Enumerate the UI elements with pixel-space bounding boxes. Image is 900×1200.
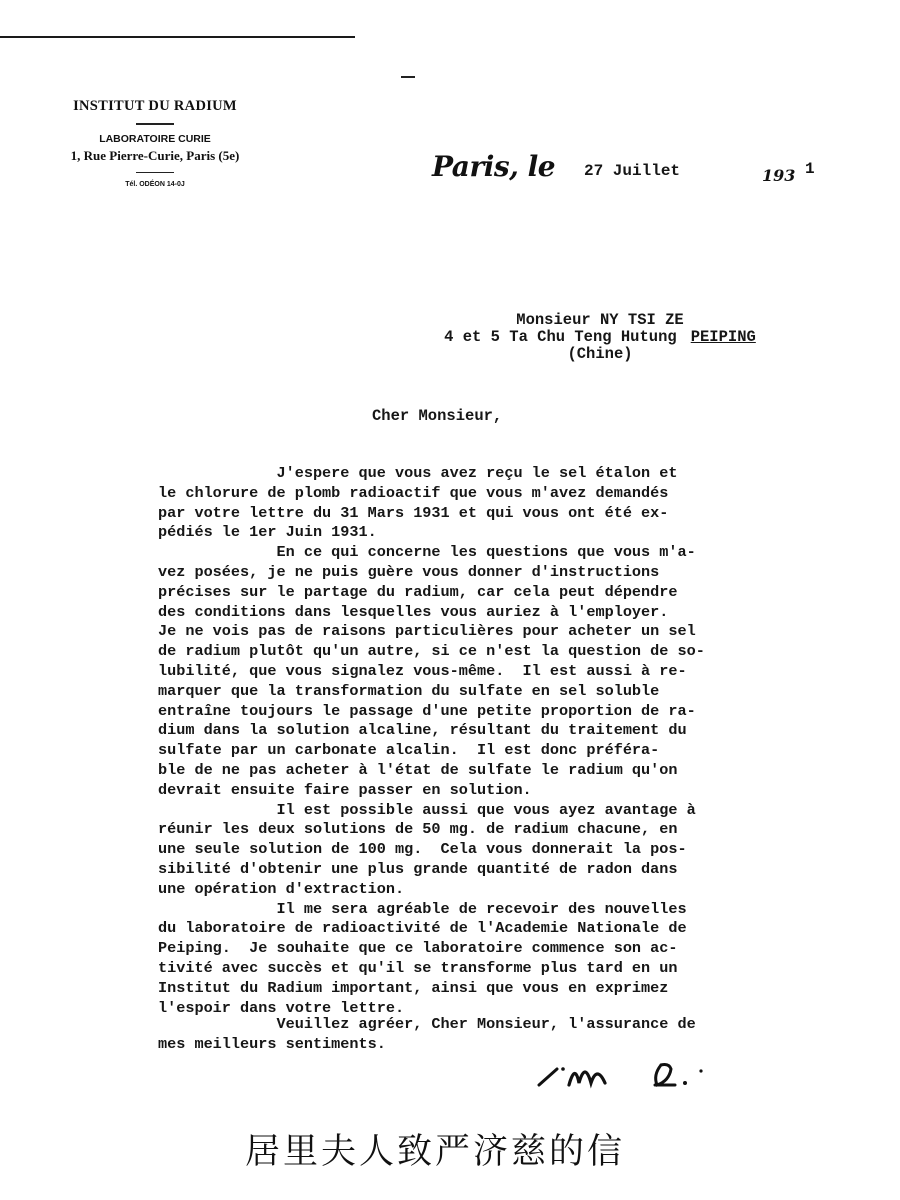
recipient-block: Monsieur NY TSI ZE 4 et 5 Ta Chu Teng Hu… bbox=[380, 312, 820, 363]
letterhead: INSTITUT DU RADIUM LABORATOIRE CURIE 1, … bbox=[40, 98, 270, 188]
body-line: entraîne toujours le passage d'une petit… bbox=[158, 702, 858, 722]
date-year-typed: 1 bbox=[805, 160, 815, 178]
recipient-address-line: 4 et 5 Ta Chu Teng HutungPEIPING bbox=[380, 329, 820, 346]
body-line: En ce qui concerne les questions que vou… bbox=[158, 543, 858, 563]
body-line: de radium plutôt qu'un autre, si ce n'es… bbox=[158, 642, 858, 662]
body-line: sibilité d'obtenir une plus grande quant… bbox=[158, 860, 858, 880]
date-place: Paris, le bbox=[432, 150, 555, 183]
closing: Veuillez agréer, Cher Monsieur, l'assura… bbox=[158, 1015, 858, 1055]
letterhead-divider-2 bbox=[136, 172, 174, 174]
body-line: J'espere que vous avez reçu le sel étalo… bbox=[158, 464, 858, 484]
recipient-country: (Chine) bbox=[380, 346, 820, 363]
recipient-city: PEIPING bbox=[691, 328, 756, 346]
body-line: une opération d'extraction. bbox=[158, 880, 858, 900]
letterhead-telephone: Tél. ODÉON 14-0J bbox=[40, 181, 270, 188]
body-line: Peiping. Je souhaite que ce laboratoire … bbox=[158, 939, 858, 959]
body-line: une seule solution de 100 mg. Cela vous … bbox=[158, 840, 858, 860]
closing-line: mes meilleurs sentiments. bbox=[158, 1035, 858, 1055]
body-line: vez posées, je ne puis guère vous donner… bbox=[158, 563, 858, 583]
salutation: Cher Monsieur, bbox=[372, 407, 502, 425]
letterhead-address: 1, Rue Pierre-Curie, Paris (5e) bbox=[40, 148, 270, 164]
body-line: Institut du Radium important, ainsi que … bbox=[158, 979, 858, 999]
body-line: dium dans la solution alcaline, résultan… bbox=[158, 721, 858, 741]
body-line: par votre lettre du 31 Mars 1931 et qui … bbox=[158, 504, 858, 524]
body-line: devrait ensuite faire passer en solution… bbox=[158, 781, 858, 801]
body-line: Je ne vois pas de raisons particulières … bbox=[158, 622, 858, 642]
laboratory-name: LABORATOIRE CURIE bbox=[40, 133, 270, 145]
recipient-name: Monsieur NY TSI ZE bbox=[380, 312, 820, 329]
body-line: Il me sera agréable de recevoir des nouv… bbox=[158, 900, 858, 920]
body-line: sulfate par un carbonate alcalin. Il est… bbox=[158, 741, 858, 761]
recipient-street: 4 et 5 Ta Chu Teng Hutung bbox=[444, 328, 677, 346]
body-line: précises sur le partage du radium, car c… bbox=[158, 583, 858, 603]
date-year-printed: 193 bbox=[762, 166, 795, 185]
signature bbox=[535, 1055, 755, 1089]
body-line: tivité avec succès et qu'il se transform… bbox=[158, 959, 858, 979]
letterhead-divider bbox=[136, 123, 174, 125]
date-line: Paris, le 27 Juillet 193 1 bbox=[432, 150, 872, 190]
body-line: marquer que la transformation du sulfate… bbox=[158, 682, 858, 702]
body-line: du laboratoire de radioactivité de l'Aca… bbox=[158, 919, 858, 939]
institute-name: INSTITUT DU RADIUM bbox=[40, 98, 270, 115]
dash-mark bbox=[401, 76, 415, 78]
body-line: des conditions dans lesquelles vous auri… bbox=[158, 603, 858, 623]
body-line: réunir les deux solutions de 50 mg. de r… bbox=[158, 820, 858, 840]
body-line: lubilité, que vous signalez vous-même. I… bbox=[158, 662, 858, 682]
body-line: ble de ne pas acheter à l'état de sulfat… bbox=[158, 761, 858, 781]
letter-body: J'espere que vous avez reçu le sel étalo… bbox=[158, 464, 858, 1018]
closing-line: Veuillez agréer, Cher Monsieur, l'assura… bbox=[158, 1015, 858, 1035]
body-line: le chlorure de plomb radioactif que vous… bbox=[158, 484, 858, 504]
date-day-month: 27 Juillet bbox=[584, 162, 680, 180]
body-line: Il est possible aussi que vous ayez avan… bbox=[158, 801, 858, 821]
signature-scribble-icon bbox=[535, 1055, 755, 1089]
body-line: pédiés le 1er Juin 1931. bbox=[158, 523, 858, 543]
top-rule-line bbox=[0, 36, 355, 38]
caption: 居里夫人致严济慈的信 bbox=[245, 1124, 625, 1174]
